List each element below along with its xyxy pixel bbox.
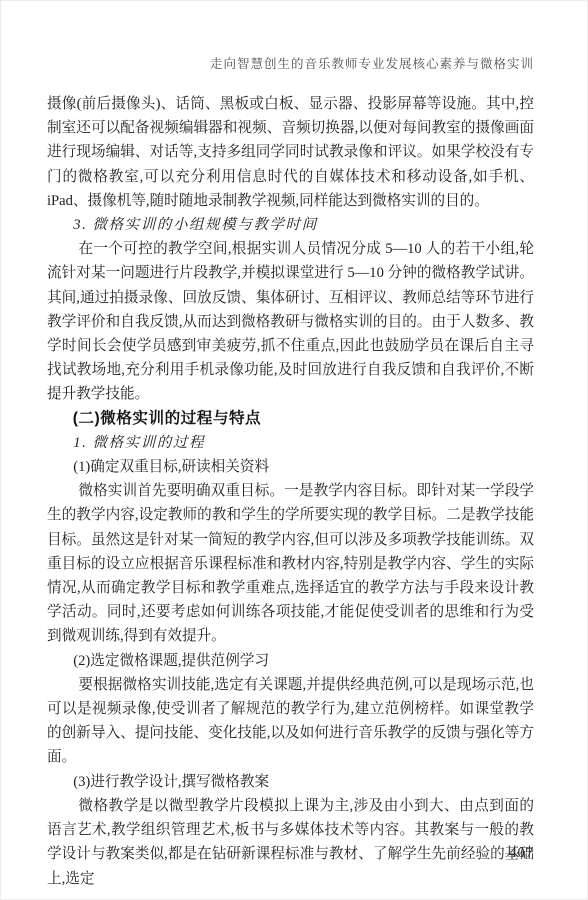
running-head: 走向智慧创生的音乐教师专业发展核心素养与微格实训 <box>47 54 534 72</box>
subheading-step-1: (1)确定双重目标,研读相关资料 <box>47 455 534 479</box>
subheading-step-2: (2)选定微格课题,提供范例学习 <box>47 649 534 673</box>
book-page: 走向智慧创生的音乐教师专业发展核心素养与微格实训 摄像(前后摄像头)、话筒、黑板… <box>0 0 588 900</box>
paragraph-step-2: 要根据微格实训技能,选定有关课题,并提供经典范例,可以是现场示范,也可以是视频录… <box>47 673 534 770</box>
page-body: 摄像(前后摄像头)、话筒、黑板或白板、显示器、投影屏幕等设施。其中,控制室还可以… <box>47 92 534 891</box>
paragraph-step-3: 微格教学是以微型教学片段模拟上课为主,涉及由小到大、由点到面的语言艺术,教学组织… <box>47 794 534 891</box>
paragraph-step-1: 微格实训首先要明确双重目标。一是教学内容目标。即针对某一学段学生的教学内容,设定… <box>47 479 534 648</box>
numbered-heading-group-size: 3. 微格实训的小组规模与教学时间 <box>47 213 534 237</box>
paragraph-continuation: 摄像(前后摄像头)、话筒、黑板或白板、显示器、投影屏幕等设施。其中,控制室还可以… <box>47 92 534 213</box>
section-heading-process-features: (二)微格实训的过程与特点 <box>47 407 534 431</box>
paragraph-group-size: 在一个可控的教学空间,根据实训人员情况分成 5—10 人的若干小组,轮流针对某一… <box>47 237 534 406</box>
page-number: 407 <box>47 845 534 862</box>
numbered-heading-process: 1. 微格实训的过程 <box>47 431 534 455</box>
subheading-step-3: (3)进行教学设计,撰写微格教案 <box>47 770 534 794</box>
document-root: html, body { margin: 0; padding: 0; back… <box>0 0 588 900</box>
page-background: { "page": { "running_head": "走向智慧创生的音乐教师… <box>0 0 588 900</box>
